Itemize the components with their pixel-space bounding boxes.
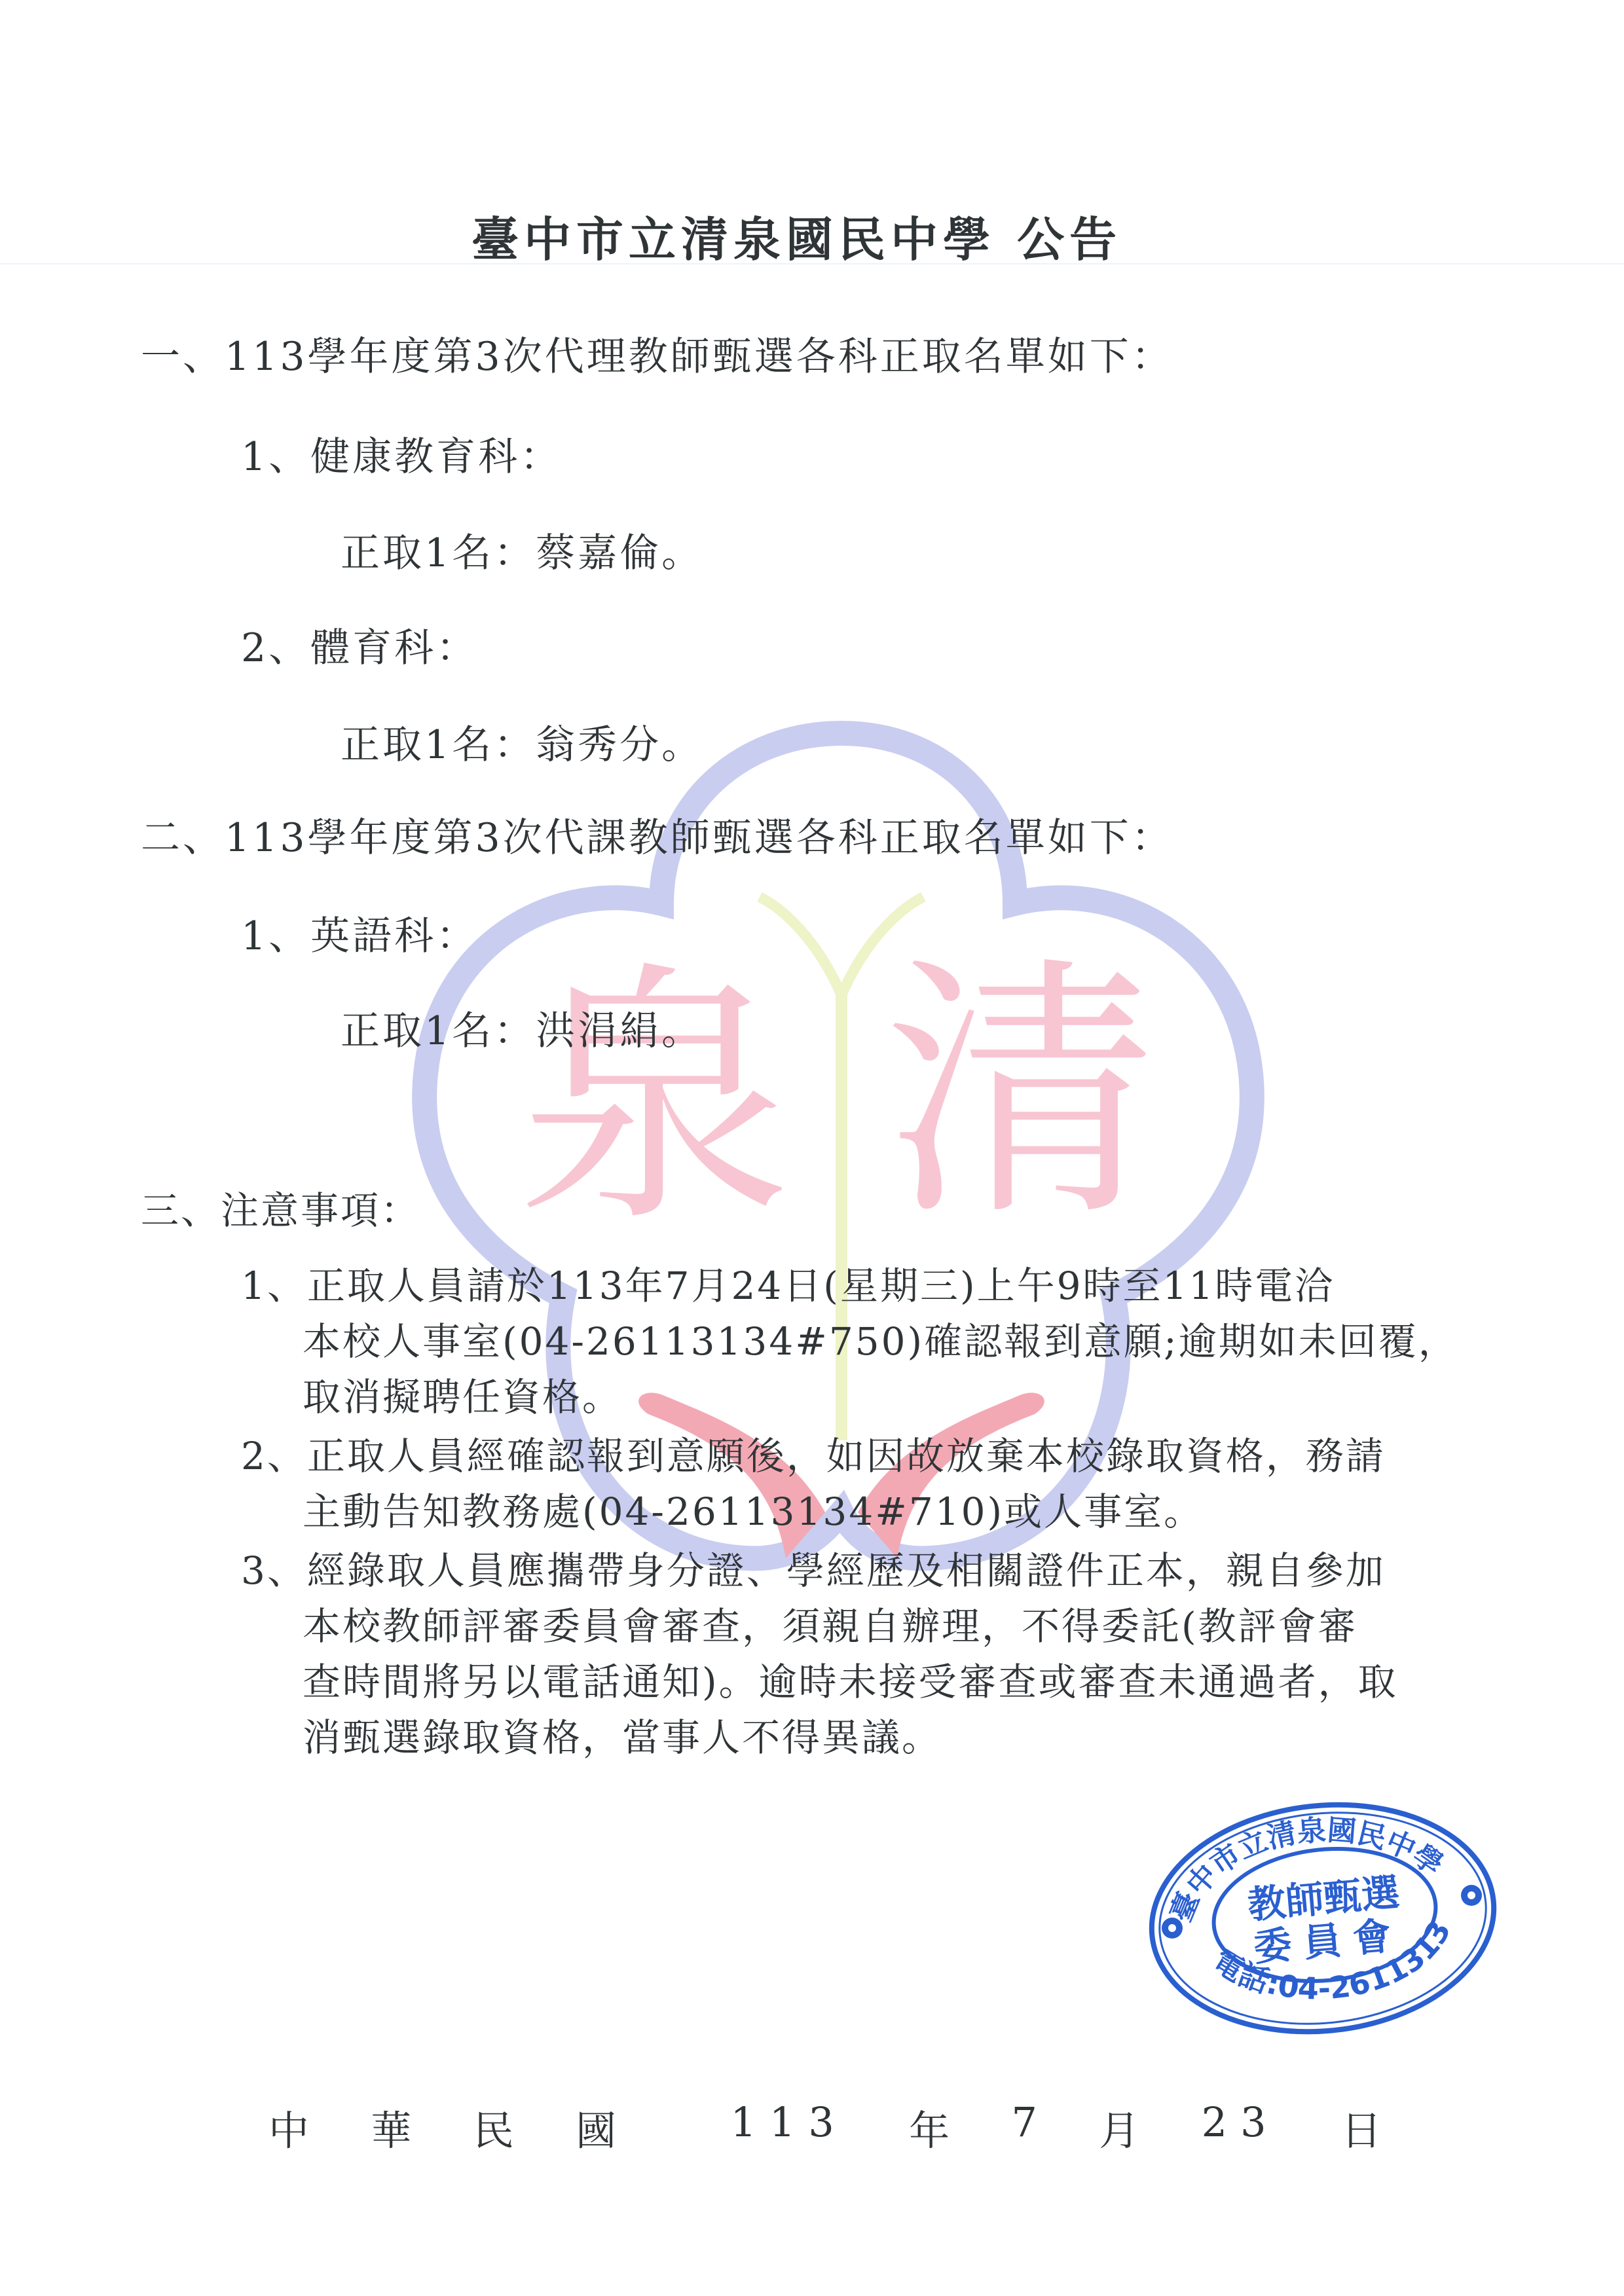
note-3-line-1: 3、經錄取人員應攜帶身分證、學經歷及相關證件正本，親自參加 [241, 1552, 1386, 1590]
section-1-heading: 一、113學年度第3次代理教師甄選各科正取名單如下： [141, 337, 1173, 376]
seal-icon: 臺中市立清泉國民中學 電話:04-26113134 教師甄選 委員會 [1143, 1797, 1503, 2039]
note-1-line-3: 取消擬聘任資格。 [303, 1378, 622, 1416]
section-1-subject-2-label: 2、體育科： [241, 629, 478, 668]
note-3-line-2: 本校教師評審委員會審查，須親自辦理，不得委託(教評會審 [303, 1607, 1358, 1645]
committee-seal-stamp: 臺中市立清泉國民中學 電話:04-26113134 教師甄選 委員會 [1143, 1797, 1503, 2039]
note-1-line-2: 本校人事室(04-26113134#750)確認報到意願;逾期如未回覆， [303, 1322, 1458, 1360]
note-3-line-4: 消甄選錄取資格，當事人不得異議。 [303, 1719, 942, 1757]
section-2-subject-1-label: 1、英語科： [241, 917, 478, 956]
notes-heading: 三、注意事項： [141, 1192, 420, 1230]
section-2-heading: 二、113學年度第3次代課教師甄選各科正取名單如下： [141, 818, 1173, 858]
section-1-subject-1-result: 正取1名：蔡嘉倫。 [341, 534, 703, 573]
section-2-subject-1-result: 正取1名：洪涓絹。 [341, 1011, 703, 1051]
announcement-page: 泉 清 臺中市立清泉國民中學 公告 一、113學年度第3次代理教師甄選各科正取名… [0, 0, 1624, 2296]
note-2-line-1: 2、正取人員經確認報到意願後，如因故放棄本校錄取資格，務請 [241, 1437, 1386, 1475]
note-1-line-1: 1、正取人員請於113年7月24日(星期三)上午9時至11時電洽 [241, 1267, 1335, 1305]
section-1-subject-2-result: 正取1名：翁秀分。 [341, 725, 703, 765]
page-title: 臺中市立清泉國民中學 公告 [471, 216, 1122, 263]
section-1-subject-1-label: 1、健康教育科： [241, 437, 562, 477]
note-2-line-2: 主動告知教務處(04-26113134#710)或人事室。 [303, 1493, 1204, 1531]
note-3-line-3: 查時間將另以電話通知)。逾時未接受審查或審查未通過者，取 [303, 1663, 1398, 1701]
